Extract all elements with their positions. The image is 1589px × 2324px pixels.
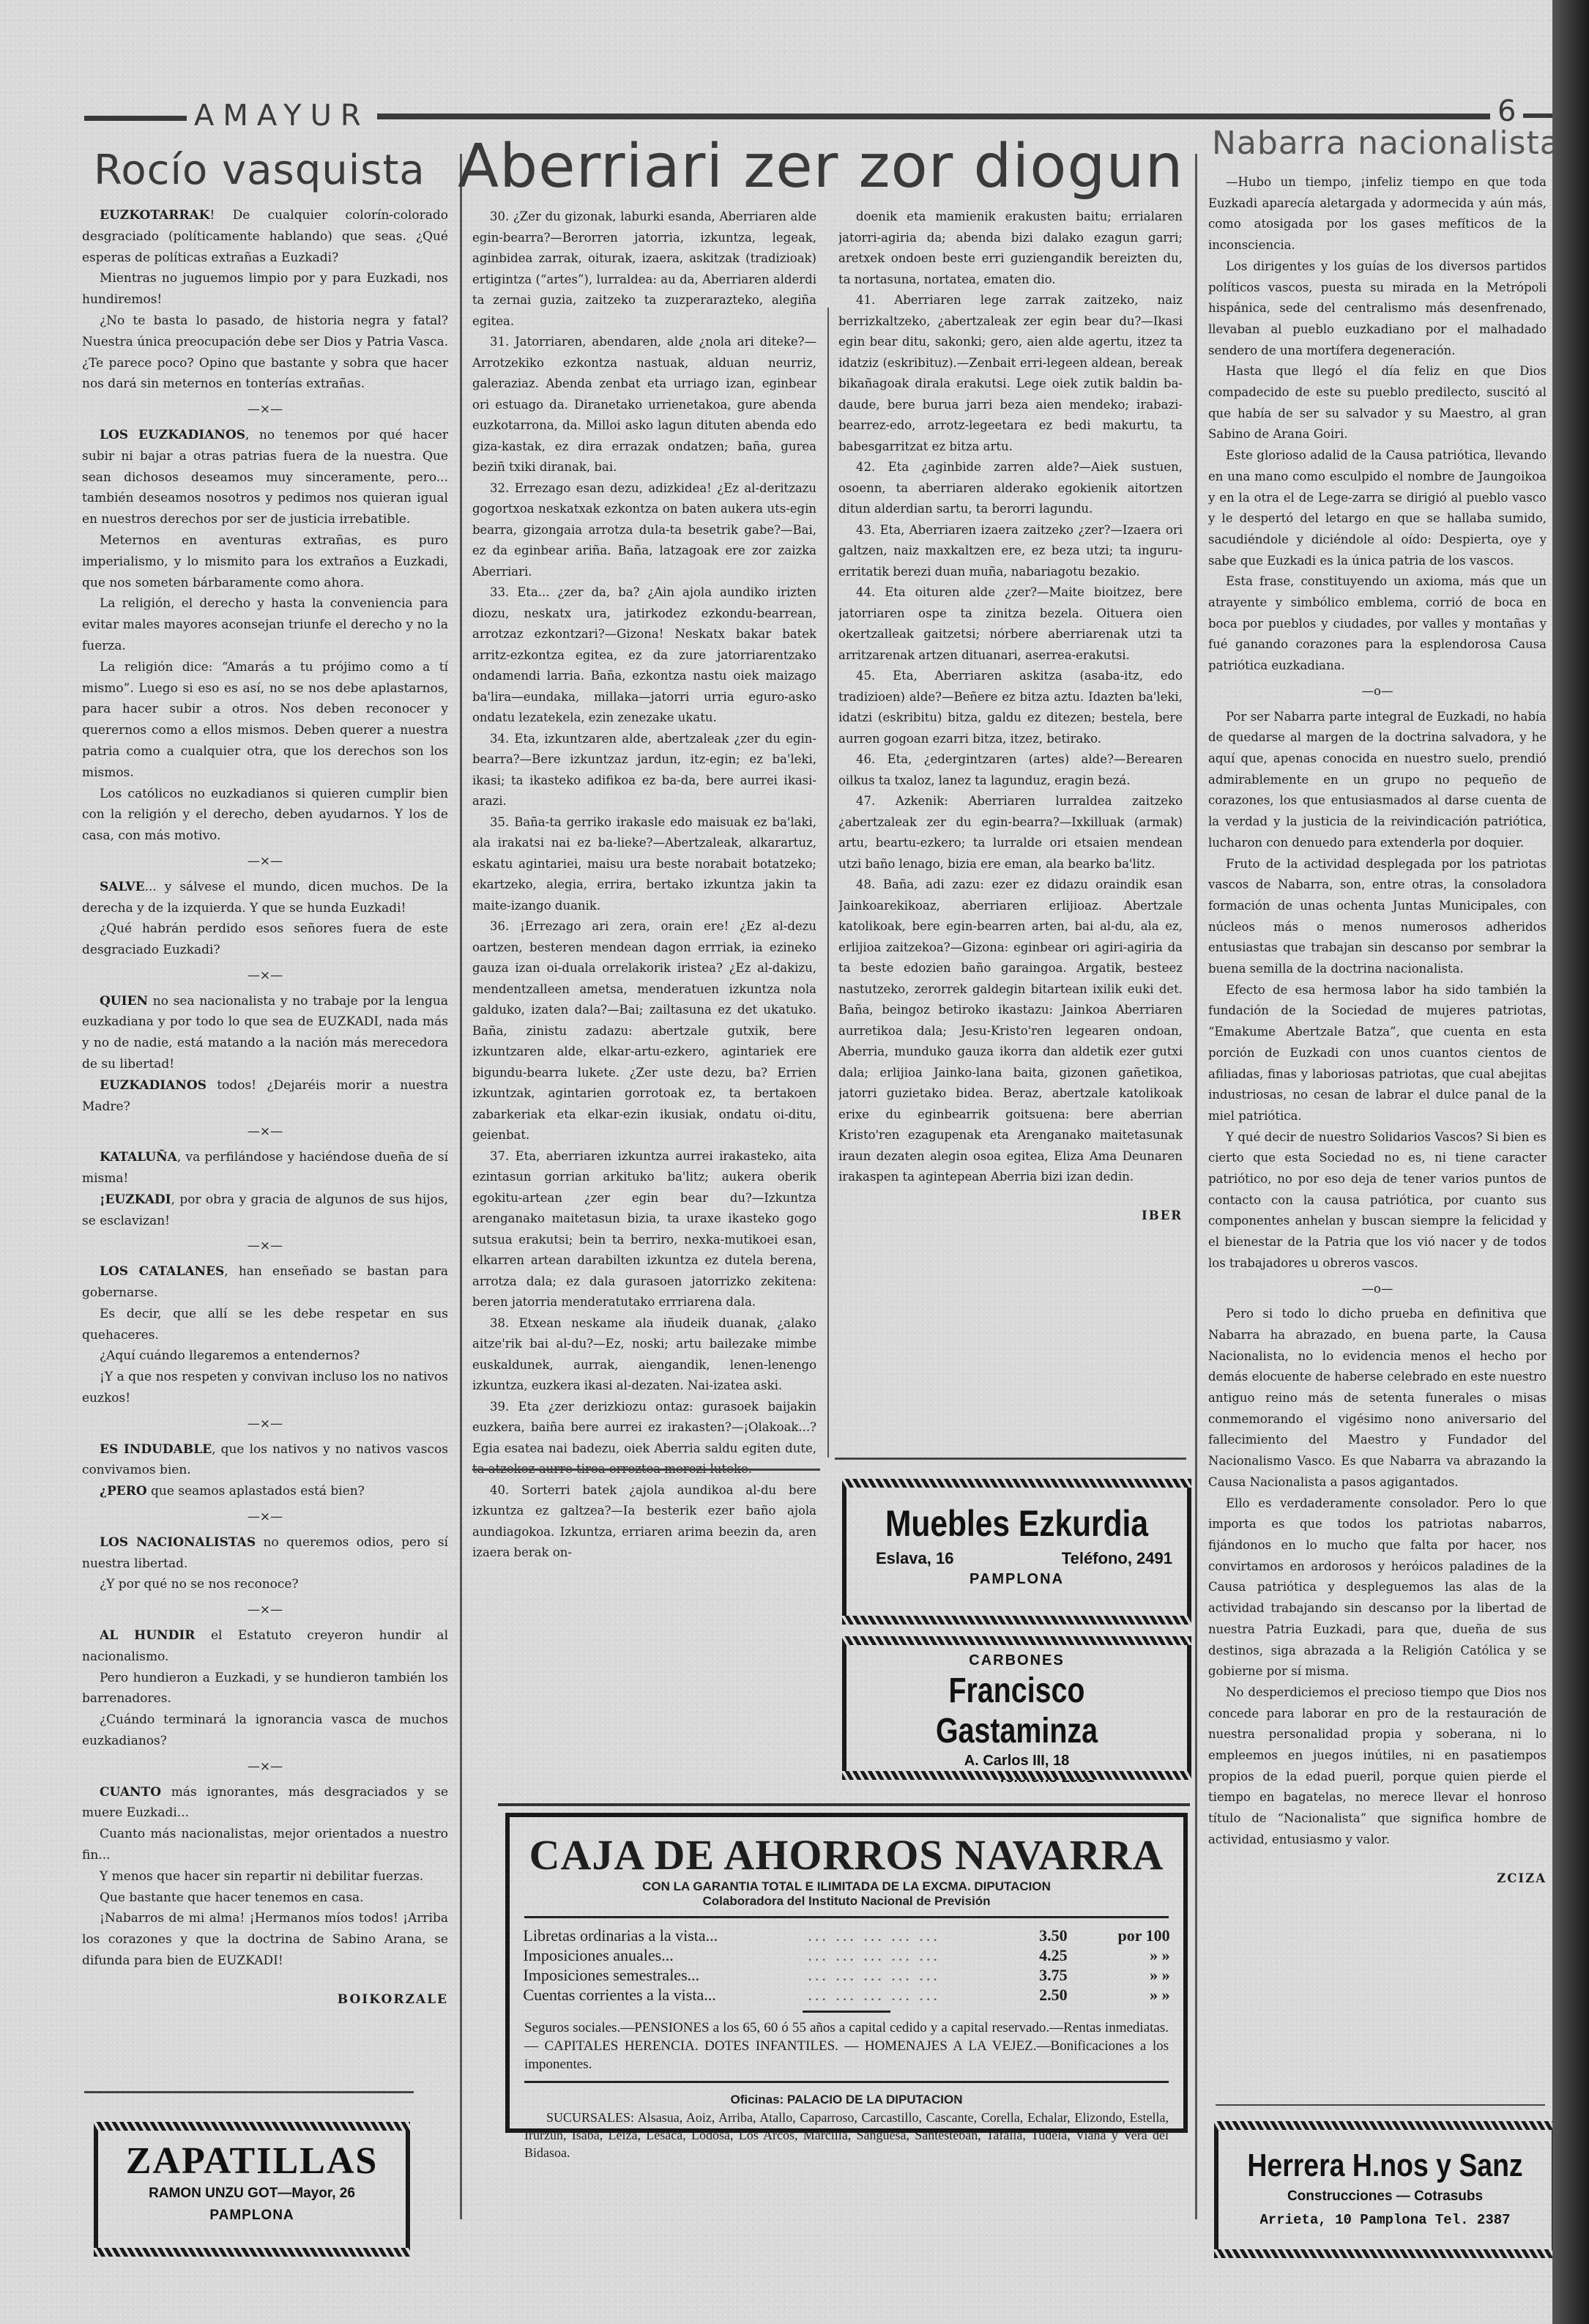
section-separator: —×— (82, 399, 448, 420)
caja-sucursales: SUCURSALES: Alsasua, Aoiz, Arriba, Atall… (510, 2109, 1183, 2161)
left-article-body: EUZKOTARRAK! De cualquier colorín-colora… (82, 205, 448, 2080)
article-signature: ZCIZA (1208, 1868, 1547, 1890)
rate-row: Cuentas corrientes a la vista...... ... … (523, 1985, 1169, 2005)
paragraph: 31. Jatorriaren, abendaren, alde ¿nola a… (472, 332, 816, 478)
paragraph: Fruto de la actividad desplegada por los… (1208, 854, 1547, 980)
paragraph: CUANTO más ignorantes, más desgraciados … (82, 1782, 448, 1824)
ad-title: ZAPATILLAS (98, 2139, 406, 2183)
ad-line: Construcciones — Cotrasubs (1218, 2189, 1552, 2205)
paragraph: ¿No te basta lo pasado, de historia negr… (82, 311, 448, 395)
section-separator: —×— (82, 851, 448, 872)
section-separator: —o— (1208, 681, 1547, 702)
paragraph: Mientras no juguemos limpio por y para E… (82, 268, 448, 311)
ad-title: Francisco Gastaminza (877, 1671, 1156, 1751)
ad-herrera-y-sanz: Herrera H.nos y Sanz Construcciones — Co… (1214, 2126, 1556, 2254)
caja-seguros: Seguros sociales.—PENSIONES a los 65, 60… (510, 2019, 1183, 2074)
article-signature: IBER (838, 1206, 1183, 1227)
paragraph: ES INDUDABLE, que los nativos y no nativ… (82, 1439, 448, 1482)
rate-lbl: Imposiciones anuales... (523, 1945, 808, 1965)
page-number: 6 (1497, 94, 1516, 128)
ad-city: PAMPLONA (98, 2208, 406, 2224)
paragraph: LOS CATALANES, han enseñado se bastan pa… (82, 1261, 448, 1304)
ad-address: Eslava, 16 (876, 1549, 953, 1568)
paragraph: ¿PERO que seamos aplastados está bien? (82, 1481, 448, 1502)
article-signature: BOIKORZALE (82, 1989, 448, 2011)
section-separator: —×— (82, 1756, 448, 1778)
rate-dots: ... ... ... ... ... (808, 1945, 1001, 1965)
section-separator: —×— (82, 1600, 448, 1621)
paragraph: Este glorioso adalid de la Causa patriót… (1208, 445, 1547, 571)
paragraph: —Hubo un tiempo, ¡infeliz tiempo en que … (1208, 172, 1547, 256)
ad-title: Herrera H.nos y Sanz (1243, 2147, 1527, 2184)
masthead-rule (84, 116, 187, 121)
paragraph: 37. Eta, aberriaren izkuntza aurrei irak… (472, 1146, 816, 1313)
ad-address: A. Carlos III, 18 (846, 1753, 1187, 1770)
paragraph: Hasta que llegó el día feliz en que Dios… (1208, 361, 1547, 445)
paragraph: ¿Y por qué no se nos reconoce? (82, 1574, 448, 1595)
paragraph: Por ser Nabarra parte integral de Euzkad… (1208, 707, 1547, 854)
paragraph: LOS NACIONALISTAS no queremos odios, per… (82, 1532, 448, 1575)
rate-unit: por 100 (1068, 1926, 1170, 1945)
caja-oficinas: Oficinas: PALACIO DE LA DIPUTACION (510, 2090, 1183, 2109)
section-rule (1216, 2104, 1545, 2106)
section-separator: —o— (1208, 1279, 1547, 1300)
section-separator: —×— (82, 1236, 448, 1257)
paragraph: EUZKOTARRAK! De cualquier colorín-colora… (82, 205, 448, 268)
paragraph: La religión dice: “Amarás a tu prójimo c… (82, 657, 448, 784)
masthead-rule (377, 114, 1490, 119)
paragraph: KATALUÑA, va perfilándose y haciéndose d… (82, 1147, 448, 1189)
paragraph: 46. Eta, ¿edergintzaren (artes) alde?—Be… (838, 749, 1183, 791)
paragraph: Ello es verdaderamente consolador. Pero … (1208, 1493, 1547, 1682)
paragraph: ¡EUZKADI, por obra y gracia de algunos d… (82, 1189, 448, 1232)
paragraph: Pero hundieron a Euzkadi, y se hundieron… (82, 1668, 448, 1710)
paragraph: AL HUNDIR el Estatuto creyeron hundir al… (82, 1625, 448, 1668)
caja-subtitle: CON LA GARANTIA TOTAL E ILIMITADA DE LA … (510, 1879, 1183, 1894)
ad-category: CARBONES (846, 1652, 1187, 1669)
paragraph: Los dirigentes y los guías de los divers… (1208, 256, 1547, 362)
newspaper-name: AMAYUR (194, 99, 370, 133)
column-divider (1195, 154, 1197, 2219)
paragraph: Y menos que hacer sin repartir ni debili… (82, 1866, 448, 1887)
section-rule (498, 1803, 1190, 1806)
paragraph: ¿Cuándo terminará la ignorancia vasca de… (82, 1709, 448, 1752)
paragraph: 41. Aberriaren lege zarrak zaitzeko, nai… (838, 290, 1183, 457)
paragraph: Es decir, que allí se les debe respetar … (82, 1304, 448, 1346)
section-rule (84, 2091, 414, 2093)
middle-article-column-2: doenik eta mamienik erakusten baitu; err… (838, 207, 1183, 1452)
paragraph: SALVE... y sálvese el mundo, dicen mucho… (82, 877, 448, 919)
ad-caja-de-ahorros-navarra: CAJA DE AHORROS NAVARRA CON LA GARANTIA … (505, 1813, 1188, 2133)
paragraph: 44. Eta oituren alde ¿zer?—Maite bioitze… (838, 582, 1183, 666)
ad-zapatillas: ZAPATILLAS RAMON UNZU GOT—Mayor, 26 PAMP… (94, 2126, 410, 2252)
paragraph: Los católicos no euzkadianos si quieren … (82, 784, 448, 847)
rate-lbl: Libretas ordinarias a la vista... (523, 1926, 808, 1945)
paragraph: Esta frase, constituyendo un axioma, más… (1208, 571, 1547, 677)
column-divider (827, 308, 829, 1458)
right-article-body: —Hubo un tiempo, ¡infeliz tiempo en que … (1208, 172, 1547, 2062)
middle-article-title: Aberriari zer zor diogun (458, 132, 1183, 201)
paragraph: Que bastante que hacer tenemos en casa. (82, 1887, 448, 1909)
paragraph: 47. Azkenik: Aberriaren lurraldea zaitze… (838, 791, 1183, 875)
left-article-title: Rocío vasquista (94, 146, 425, 194)
paragraph: 30. ¿Zer du gizonak, laburki esanda, Abe… (472, 207, 816, 332)
caja-subtitle-2: Colaboradora del Instituto Nacional de P… (510, 1894, 1183, 1909)
ad-phone: Teléfono, 2491 (1062, 1549, 1172, 1568)
scan-edge (1552, 0, 1589, 2324)
section-separator: —×— (82, 1507, 448, 1528)
paragraph: 35. Baña-ta gerriko irakasle edo maisuak… (472, 812, 816, 917)
rate-val: 4.25 (1002, 1945, 1068, 1965)
rate-unit: » » (1068, 1965, 1170, 1985)
rate-dots: ... ... ... ... ... (808, 1965, 1001, 1985)
paragraph: LOS EUZKADIANOS, no tenemos por qué hace… (82, 425, 448, 530)
paragraph: Y qué decir de nuestro Solidarios Vascos… (1208, 1127, 1547, 1274)
ad-city: PAMPLONA (846, 1571, 1187, 1588)
paragraph: ¡Y a que nos respeten y convivan incluso… (82, 1367, 448, 1409)
newspaper-page: AMAYUR 6 Rocío vasquista Aberriari zer z… (0, 0, 1552, 2324)
section-rule (835, 1458, 1186, 1460)
ad-address: Arrieta, 10 Pamplona Tel. 2387 (1218, 2212, 1552, 2228)
middle-article-column-1: 30. ¿Zer du gizonak, laburki esanda, Abe… (472, 207, 816, 1627)
column-divider (460, 154, 462, 2219)
right-article-title: Nabarra nacionalista (1212, 125, 1560, 162)
rate-row: Imposiciones anuales...... ... ... ... .… (523, 1945, 1169, 1965)
section-rule (472, 1469, 820, 1471)
ad-muebles-ezkurdia: Muebles Ezkurdia Eslava, 16 Teléfono, 24… (842, 1483, 1191, 1620)
rate-val: 2.50 (1002, 1985, 1068, 2005)
caja-title: CAJA DE AHORROS NAVARRA (510, 1830, 1183, 1879)
paragraph: ¿Aquí cuándo llegaremos a entendernos? (82, 1345, 448, 1367)
rate-dots: ... ... ... ... ... (808, 1985, 1001, 2005)
paragraph: 39. Eta ¿zer derizkiozu ontaz: gurasoek … (472, 1397, 816, 1480)
paragraph: ¿Qué habrán perdido esos señores fuera d… (82, 918, 448, 961)
section-separator: —×— (82, 1121, 448, 1143)
paragraph: Meternos en aventuras extrañas, es puro … (82, 530, 448, 593)
caja-rates-table: Libretas ordinarias a la vista...... ...… (523, 1926, 1169, 2005)
section-separator: —×— (82, 965, 448, 987)
rate-dots: ... ... ... ... ... (808, 1926, 1001, 1945)
paragraph: 33. Eta... ¿zer da, ba? ¿Ain ajola aundi… (472, 582, 816, 729)
rate-val: 3.75 (1002, 1965, 1068, 1985)
paragraph: 34. Eta, izkuntzaren alde, abertzaleak ¿… (472, 729, 816, 812)
masthead-rule (1523, 114, 1552, 118)
paragraph: EUZKADIANOS todos! ¿Dejaréis morir a nue… (82, 1075, 448, 1118)
paragraph: QUIEN no sea nacionalista y no trabaje p… (82, 991, 448, 1075)
paragraph: ¡Nabarros de mi alma! ¡Hermanos míos tod… (82, 1908, 448, 1971)
paragraph: 48. Baña, adi zazu: ezer ez didazu orain… (838, 875, 1183, 1188)
paragraph: 40. Sorterri batek ¿ajola aundikoa al-du… (472, 1480, 816, 1564)
paragraph: 42. Eta ¿aginbide zarren alde?—Aiek sust… (838, 457, 1183, 520)
ad-line: RAMON UNZU GOT—Mayor, 26 (98, 2186, 406, 2202)
paragraph: La religión, el derecho y hasta la conve… (82, 593, 448, 656)
rate-lbl: Imposiciones semestrales... (523, 1965, 808, 1985)
rate-unit: » » (1068, 1985, 1170, 2005)
paragraph: 32. Errezago esan dezu, adizkidea! ¿Ez a… (472, 478, 816, 583)
rate-lbl: Cuentas corrientes a la vista... (523, 1985, 808, 2005)
ad-carbones-gastaminza: CARBONES Francisco Gastaminza A. Carlos … (842, 1641, 1191, 1775)
paragraph: No desperdiciemos el precioso tiempo que… (1208, 1682, 1547, 1851)
rate-row: Libretas ordinarias a la vista...... ...… (523, 1926, 1169, 1945)
ad-title: Muebles Ezkurdia (872, 1502, 1161, 1545)
rate-row: Imposiciones semestrales...... ... ... .… (523, 1965, 1169, 1985)
paragraph: Pero si todo lo dicho prueba en definiti… (1208, 1304, 1547, 1493)
paragraph: Cuanto más nacionalistas, mejor orientad… (82, 1824, 448, 1866)
paragraph: 45. Eta, Aberriaren askitza (asaba-itz, … (838, 666, 1183, 749)
paragraph: 43. Eta, Aberriaren izaera zaitzeko ¿zer… (838, 520, 1183, 583)
rate-unit: » » (1068, 1945, 1170, 1965)
paragraph: Efecto de esa hermosa labor ha sido tamb… (1208, 980, 1547, 1127)
rate-val: 3.50 (1002, 1926, 1068, 1945)
paragraph: 38. Etxean neskame ala iñudeik duanak, ¿… (472, 1313, 816, 1397)
paragraph: doenik eta mamienik erakusten baitu; err… (838, 207, 1183, 290)
paragraph: 36. ¡Errezago ari zera, orain ere! ¿Ez a… (472, 916, 816, 1146)
section-separator: —×— (82, 1414, 448, 1435)
